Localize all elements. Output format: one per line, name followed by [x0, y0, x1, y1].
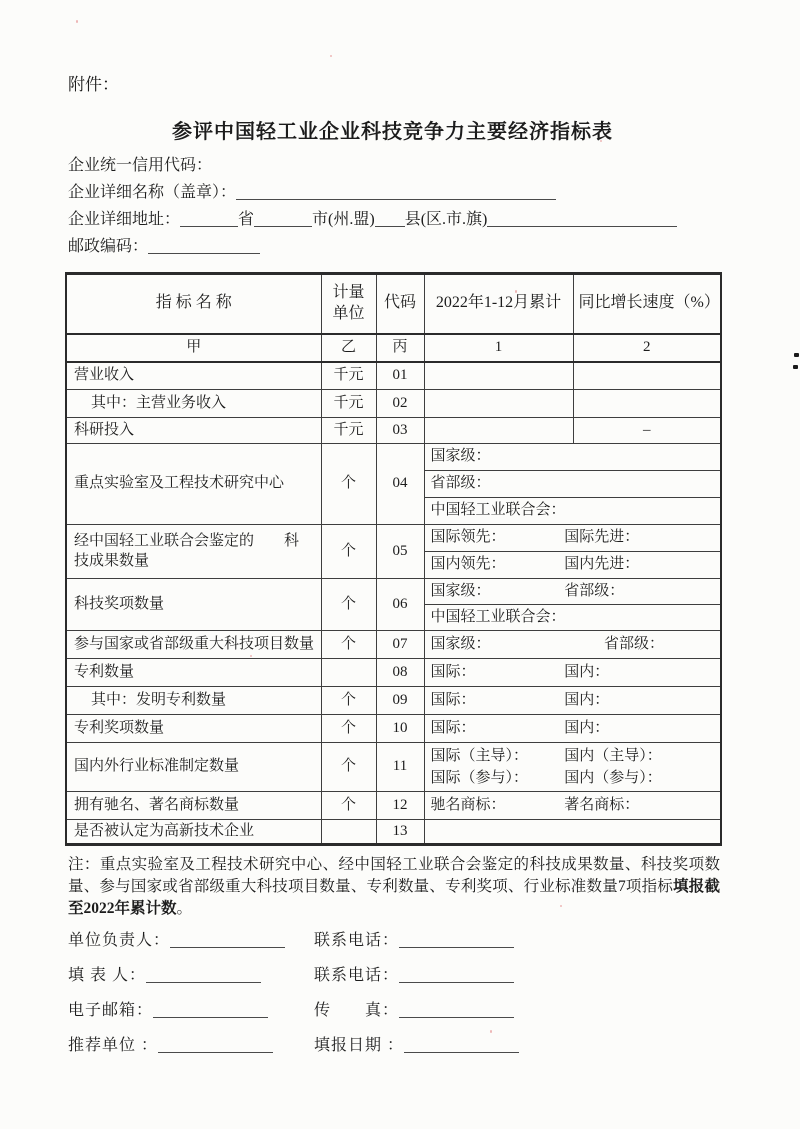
value-pair-cell: 国际：国内： — [424, 715, 721, 743]
unit-cell: 个 — [321, 715, 376, 743]
row-code-cell: 11 — [376, 743, 424, 792]
enterprise-info-block: 企业统一信用代码： 企业详细名称（盖章）： 企业详细地址：省市(州.盟)县(区.… — [68, 152, 677, 260]
unit-cell: 个 — [321, 444, 376, 525]
scan-artifact — [793, 365, 798, 369]
indicator-name-cell: 营业收入 — [66, 362, 321, 390]
value-label-left: 国际： — [431, 719, 565, 739]
unit-cell: 千元 — [321, 390, 376, 418]
table-row-01: 营业收入 千元 01 — [66, 362, 721, 390]
footnote: 注：重点实验室及工程技术研究中心、经中国轻工业联合会鉴定的科技成果数量、科技奖项… — [68, 854, 720, 920]
footer-cell: 填 表 人： — [68, 961, 310, 991]
value-label-left: 国际（参与）： — [431, 767, 565, 789]
footer-cell: 联系电话： — [314, 961, 514, 991]
unit-cell: 个 — [321, 631, 376, 659]
credit-code-line: 企业统一信用代码： — [68, 152, 677, 179]
company-name-label: 企业详细名称（盖章）： — [68, 184, 236, 201]
unit-cell — [321, 659, 376, 687]
value-label-right: 国内（参与）： — [564, 770, 662, 786]
table-row-06: 科技奖项数量 个 06 国家级：省部级： — [66, 579, 721, 605]
value-line-2: 国际（参与）：国内（参与）： — [431, 767, 716, 789]
indicator-table: 指 标 名 称 计量 单位 代码 2022年1-12月累计 同比增长速度（%） … — [65, 272, 722, 846]
cumulative-value-cell — [424, 390, 573, 418]
unit-cell: 个 — [321, 579, 376, 631]
footer-row: 填 表 人： 联系电话： — [68, 961, 519, 996]
table-row-09: 其中：发明专利数量 个 09 国际：国内： — [66, 687, 721, 715]
signature-block: 单位负责人： 联系电话： 填 表 人： 联系电话： 电子邮箱： 传 真： 推荐单… — [68, 926, 519, 1066]
unit-cell: 个 — [321, 743, 376, 792]
table-row-11: 国内外行业标准制定数量 个 11 国际（主导）：国内（主导）： 国际（参与）：国… — [66, 743, 721, 792]
cumulative-value-cell — [424, 362, 573, 390]
province-suffix: 省 — [238, 211, 254, 228]
filing-date-blank — [404, 1037, 519, 1053]
table-row-13: 是否被认定为高新技术企业 13 — [66, 820, 721, 845]
code-cell-bing: 丙 — [376, 334, 424, 362]
responsible-person-label: 单位负责人： — [68, 932, 170, 949]
value-label-cell: 中国轻工业联合会： — [424, 498, 721, 525]
scan-noise — [76, 20, 78, 23]
value-label-left: 国际： — [431, 663, 565, 683]
indicator-name-cell: 重点实验室及工程技术研究中心 — [66, 444, 321, 525]
email-label: 电子邮箱： — [68, 1002, 153, 1019]
scan-noise — [515, 290, 517, 293]
indicator-name-cell: 专利数量 — [66, 659, 321, 687]
value-pair-cell: 国家级：省部级： — [424, 579, 721, 605]
value-pair-cell: 国际领先：国际先进： — [424, 525, 721, 552]
filing-date-label: 填报日期 ： — [314, 1037, 404, 1054]
table-row-04: 重点实验室及工程技术研究中心 个 04 国家级： — [66, 444, 721, 471]
value-label-right: 省部级： — [604, 636, 664, 652]
company-name-blank — [236, 184, 556, 200]
indicator-name-cell: 拥有驰名、著名商标数量 — [66, 792, 321, 820]
value-label-cell: 省部级： — [424, 471, 721, 498]
table-header-row: 指 标 名 称 计量 单位 代码 2022年1-12月累计 同比增长速度（%） — [66, 274, 721, 334]
value-label-left: 中国轻工业联合会： — [431, 608, 566, 628]
value-line-1: 国际（主导）：国内（主导）： — [431, 745, 716, 767]
scanned-form-page: 附件： 参评中国轻工业企业科技竞争力主要经济指标表 企业统一信用代码： 企业详细… — [0, 0, 800, 1129]
col-header-growth: 同比增长速度（%） — [573, 274, 721, 334]
code-cell-1: 1 — [424, 334, 573, 362]
row-code-cell: 04 — [376, 444, 424, 525]
footnote-text: 注：重点实验室及工程技术研究中心、经中国轻工业联合会鉴定的科技成果数量、科技奖项… — [68, 856, 720, 895]
form-filler-blank — [146, 967, 261, 983]
value-label-left: 国内领先： — [431, 555, 565, 575]
footer-row: 单位负责人： 联系电话： — [68, 926, 519, 961]
col-header-period: 2022年1-12月累计 — [424, 274, 573, 334]
table-row-02: 其中：主营业务收入 千元 02 — [66, 390, 721, 418]
indicator-name-cell: 国内外行业标准制定数量 — [66, 743, 321, 792]
fax-label: 传 真： — [314, 1002, 399, 1019]
scan-noise — [250, 655, 252, 657]
footer-cell: 传 真： — [314, 996, 514, 1026]
value-pair-cell: 国家级：省部级： — [424, 631, 721, 659]
value-label-left: 国家级： — [431, 582, 565, 602]
value-label-right: 国内（主导）： — [564, 748, 662, 764]
row-code-cell: 06 — [376, 579, 424, 631]
credit-code-label: 企业统一信用代码： — [68, 157, 212, 174]
value-pair-cell: 国际：国内： — [424, 659, 721, 687]
indicator-name-cell: 是否被认定为高新技术企业 — [66, 820, 321, 845]
county-suffix: 县(区.市.旗) — [405, 211, 488, 228]
value-empty-cell — [424, 820, 721, 845]
address-detail-blank — [487, 211, 677, 227]
growth-value-cell: – — [573, 418, 721, 444]
address-province-blank — [180, 211, 238, 227]
contact-phone-blank — [399, 932, 514, 948]
value-label-left: 国际： — [431, 691, 565, 711]
col-header-indicator-name: 指 标 名 称 — [66, 274, 321, 334]
footer-row: 推荐单位 ： 填报日期 ： — [68, 1031, 519, 1066]
value-label-right: 省部级： — [564, 583, 624, 599]
unit-cell — [321, 820, 376, 845]
indicator-name-cell: 其中：发明专利数量 — [66, 687, 321, 715]
scan-noise — [560, 905, 562, 907]
footer-cell: 推荐单位 ： — [68, 1031, 310, 1061]
col-header-unit: 计量 单位 — [321, 274, 376, 334]
code-cell-yi: 乙 — [321, 334, 376, 362]
recommending-unit-blank — [158, 1037, 273, 1053]
footnote-period: 。 — [177, 900, 193, 917]
indicator-name-cell: 参与国家或省部级重大科技项目数量 — [66, 631, 321, 659]
unit-cell: 个 — [321, 525, 376, 579]
table-row-03: 科研投入 千元 03 – — [66, 418, 721, 444]
row-code-cell: 01 — [376, 362, 424, 390]
value-label-right: 国内： — [564, 720, 609, 736]
value-pair-cell: 国内领先：国内先进： — [424, 552, 721, 579]
email-blank — [153, 1002, 268, 1018]
postcode-blank — [148, 238, 260, 254]
row-code-cell: 03 — [376, 418, 424, 444]
code-cell-2: 2 — [573, 334, 721, 362]
address-line: 企业详细地址：省市(州.盟)县(区.市.旗) — [68, 206, 677, 233]
contact-phone-blank-2 — [399, 967, 514, 983]
footer-cell: 电子邮箱： — [68, 996, 310, 1026]
address-county-blank — [375, 211, 405, 227]
footer-row: 电子邮箱： 传 真： — [68, 996, 519, 1031]
company-name-line: 企业详细名称（盖章）： — [68, 179, 677, 206]
value-label-right: 国内先进： — [564, 556, 639, 572]
value-pair-cell: 驰名商标：著名商标： — [424, 792, 721, 820]
value-two-line-cell: 国际（主导）：国内（主导）： 国际（参与）：国内（参与）： — [424, 743, 721, 792]
postcode-line: 邮政编码： — [68, 233, 677, 260]
footer-cell: 联系电话： — [314, 926, 514, 956]
value-pair-cell: 中国轻工业联合会： — [424, 605, 721, 631]
footer-cell: 单位负责人： — [68, 926, 310, 956]
value-label-right: 国内： — [564, 664, 609, 680]
city-suffix: 市(州.盟) — [312, 211, 375, 228]
address-city-blank — [254, 211, 312, 227]
fax-blank — [399, 1002, 514, 1018]
scan-artifact — [794, 353, 799, 357]
value-pair-cell: 国际：国内： — [424, 687, 721, 715]
scan-noise — [600, 140, 602, 142]
row-code-cell: 09 — [376, 687, 424, 715]
column-code-row: 甲 乙 丙 1 2 — [66, 334, 721, 362]
value-label-right: 国内： — [564, 692, 609, 708]
indicator-name-cell: 其中：主营业务收入 — [66, 390, 321, 418]
value-label-cell: 国家级： — [424, 444, 721, 471]
cumulative-value-cell — [424, 418, 573, 444]
indicator-name-cell: 科研投入 — [66, 418, 321, 444]
contact-phone-label-2: 联系电话： — [314, 967, 399, 984]
indicator-name-cell: 科技奖项数量 — [66, 579, 321, 631]
table-row-05: 经中国轻工业联合会鉴定的 科 技成果数量 个 05 国际领先：国际先进： — [66, 525, 721, 552]
table-row-10: 专利奖项数量 个 10 国际：国内： — [66, 715, 721, 743]
responsible-person-blank — [170, 932, 285, 948]
row-code-cell: 05 — [376, 525, 424, 579]
value-label-left: 国际（主导）： — [431, 745, 565, 767]
table-row-12: 拥有驰名、著名商标数量 个 12 驰名商标：著名商标： — [66, 792, 721, 820]
table-row-08: 专利数量 08 国际：国内： — [66, 659, 721, 687]
row-code-cell: 08 — [376, 659, 424, 687]
table-row-07: 参与国家或省部级重大科技项目数量 个 07 国家级：省部级： — [66, 631, 721, 659]
value-label-left: 国家级： — [431, 635, 605, 655]
row-code-cell: 02 — [376, 390, 424, 418]
row-code-cell: 13 — [376, 820, 424, 845]
scan-noise — [330, 55, 332, 57]
unit-cell: 千元 — [321, 418, 376, 444]
row-code-cell: 07 — [376, 631, 424, 659]
attachment-label: 附件： — [68, 70, 119, 95]
code-cell-jia: 甲 — [66, 334, 321, 362]
col-header-code: 代码 — [376, 274, 424, 334]
unit-cell: 个 — [321, 792, 376, 820]
form-title: 参评中国轻工业企业科技竞争力主要经济指标表 — [65, 115, 720, 144]
address-label: 企业详细地址： — [68, 211, 180, 228]
contact-phone-label: 联系电话： — [314, 932, 399, 949]
row-code-cell: 10 — [376, 715, 424, 743]
recommending-unit-label: 推荐单位 ： — [68, 1037, 158, 1054]
growth-value-cell — [573, 390, 721, 418]
scan-noise — [490, 1030, 492, 1033]
indicator-name-cell: 专利奖项数量 — [66, 715, 321, 743]
unit-cell: 个 — [321, 687, 376, 715]
value-label-left: 国际领先： — [431, 528, 565, 548]
indicator-name-cell: 经中国轻工业联合会鉴定的 科 技成果数量 — [66, 525, 321, 579]
postcode-label: 邮政编码： — [68, 238, 148, 255]
value-label-right: 国际先进： — [564, 529, 639, 545]
unit-cell: 千元 — [321, 362, 376, 390]
row-code-cell: 12 — [376, 792, 424, 820]
form-filler-label: 填 表 人： — [68, 967, 146, 984]
growth-value-cell — [573, 362, 721, 390]
value-label-left: 驰名商标： — [431, 796, 565, 816]
footer-cell: 填报日期 ： — [314, 1031, 519, 1061]
value-label-right: 著名商标： — [564, 797, 639, 813]
